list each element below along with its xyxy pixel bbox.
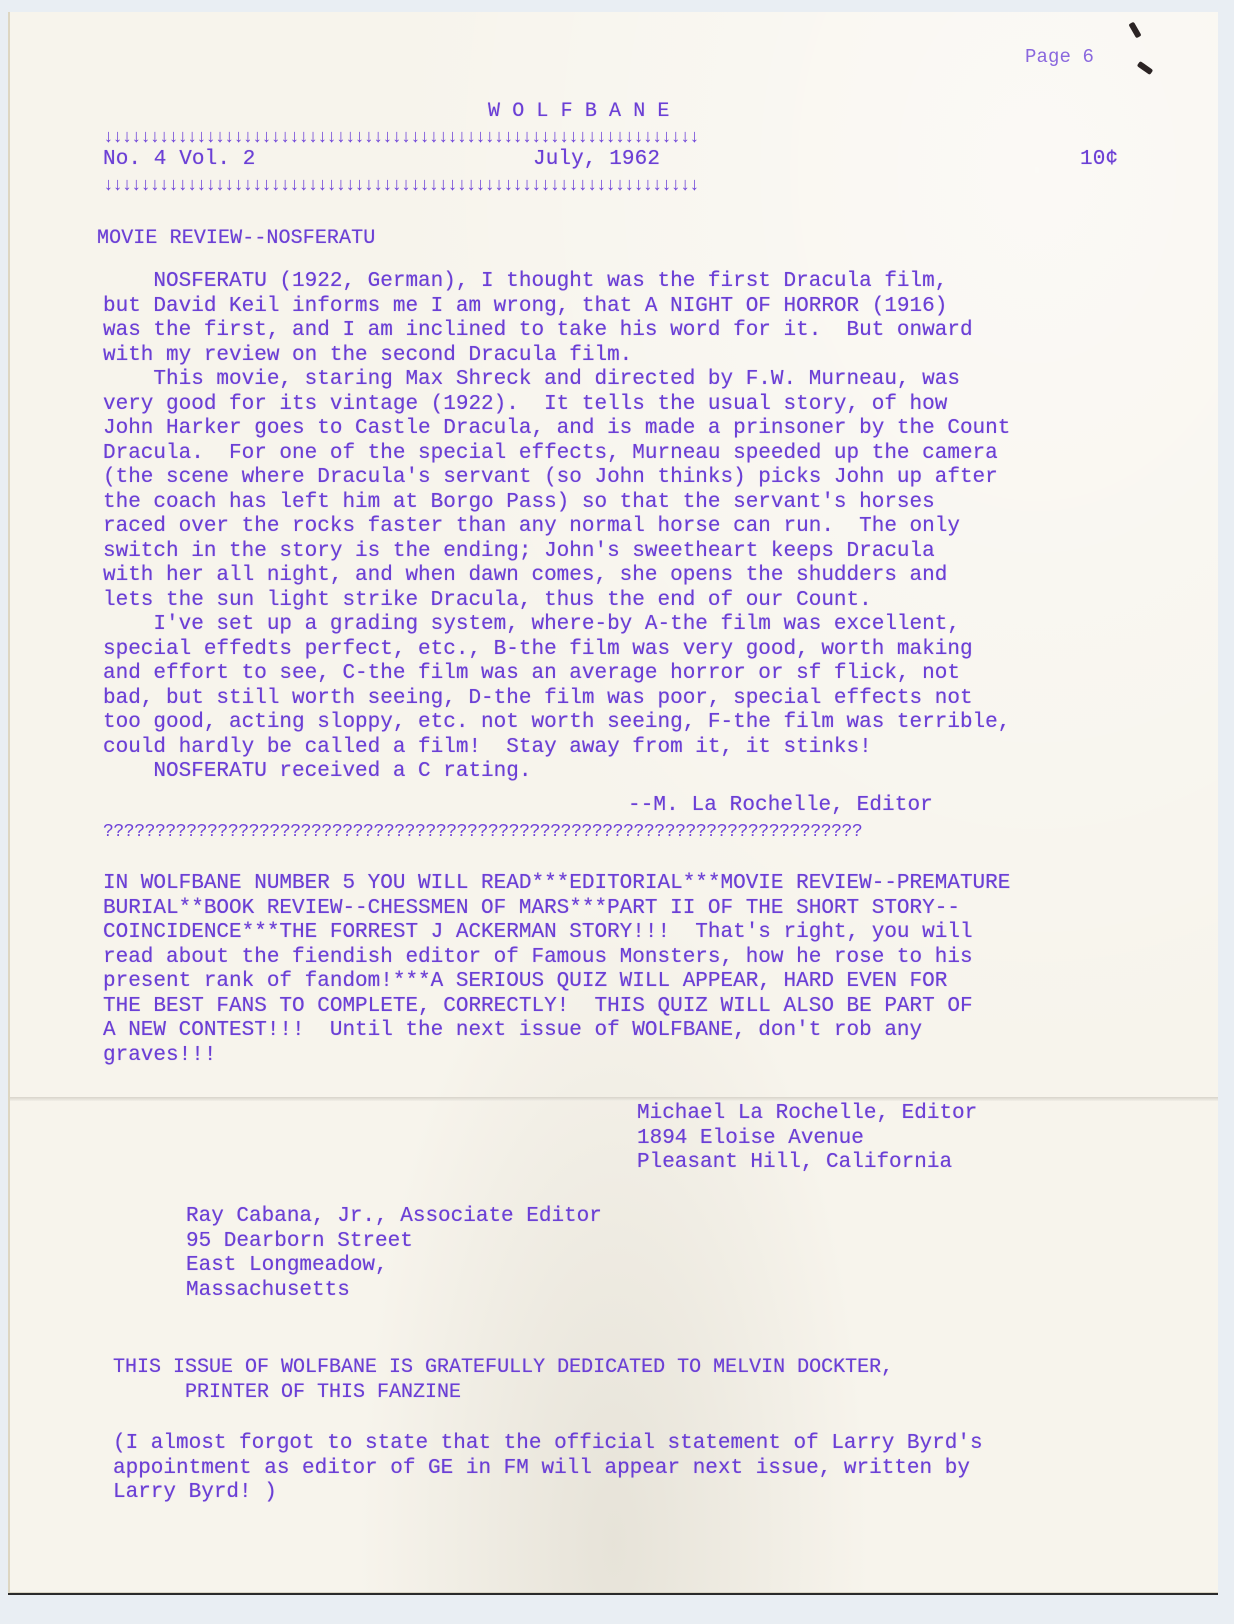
dedication-line: PRINTER OF THIS FANZINE xyxy=(113,1381,1173,1406)
address-line: 95 Dearborn Street xyxy=(186,1230,1234,1255)
editor-address: Michael La Rochelle, Editor 1894 Eloise … xyxy=(637,1102,1234,1176)
review-heading: MOVIE REVIEW--NOSFERATU xyxy=(97,227,375,251)
postscript-line: Larry Byrd! ) xyxy=(113,1481,1173,1506)
review-line: with my review on the second Dracula fil… xyxy=(103,344,1163,369)
address-line: Ray Cabana, Jr., Associate Editor xyxy=(186,1205,1234,1230)
review-line: Dracula. For one of the special effects,… xyxy=(103,442,1163,467)
page-number: Page 6 xyxy=(1025,45,1094,69)
review-line: but David Keil informs me I am wrong, th… xyxy=(103,295,1163,320)
review-line: lets the sun light strike Dracula, thus … xyxy=(103,589,1163,614)
review-line: switch in the story is the ending; John'… xyxy=(103,540,1163,565)
associate-editor-address: Ray Cabana, Jr., Associate Editor 95 Dea… xyxy=(186,1205,1234,1303)
review-line: I've set up a grading system, where-by A… xyxy=(103,613,1163,638)
postscript-line: (I almost forgot to state that the offic… xyxy=(113,1432,1173,1457)
announcement-line: A NEW CONTEST!!! Until the next issue of… xyxy=(103,1019,1163,1044)
staple-mark xyxy=(1137,61,1154,75)
review-line: very good for its vintage (1922). It tel… xyxy=(103,393,1163,418)
review-line: was the first, and I am inclined to take… xyxy=(103,319,1163,344)
review-line: bad, but still worth seeing, D-the film … xyxy=(103,687,1163,712)
address-line: Michael La Rochelle, Editor xyxy=(637,1102,1234,1127)
announcement-line: present rank of fandom!***A SERIOUS QUIZ… xyxy=(103,970,1163,995)
announcement-line: COINCIDENCE***THE FORREST J ACKERMAN STO… xyxy=(103,921,1163,946)
next-issue-announcement: IN WOLFBANE NUMBER 5 YOU WILL READ***EDI… xyxy=(103,872,1163,1068)
postscript: (I almost forgot to state that the offic… xyxy=(113,1432,1173,1506)
address-line: Massachusetts xyxy=(186,1279,1234,1304)
review-line: with her all night, and when dawn comes,… xyxy=(103,564,1163,589)
review-line: This movie, staring Max Shreck and direc… xyxy=(103,368,1163,393)
issue-number: No. 4 Vol. 2 xyxy=(103,148,255,172)
review-line: special effedts perfect, etc., B-the fil… xyxy=(103,638,1163,663)
review-line: and effort to see, C-the film was an ave… xyxy=(103,662,1163,687)
address-line: 1894 Eloise Avenue xyxy=(637,1127,1234,1152)
issue-price: 10¢ xyxy=(1080,148,1118,172)
announcement-line: IN WOLFBANE NUMBER 5 YOU WILL READ***EDI… xyxy=(103,872,1163,897)
masthead-rule-bottom: ↓↓↓↓↓↓↓↓↓↓↓↓↓↓↓↓↓↓↓↓↓↓↓↓↓↓↓↓↓↓↓↓↓↓↓↓↓↓↓↓… xyxy=(103,176,1113,196)
announcement-line: read about the fiendish editor of Famous… xyxy=(103,946,1163,971)
review-body: NOSFERATU (1922, German), I thought was … xyxy=(103,270,1163,785)
announcement-line: THE BEST FANS TO COMPLETE, CORRECTLY! TH… xyxy=(103,995,1163,1020)
masthead-title: W O L F B A N E xyxy=(488,100,670,124)
dedication: THIS ISSUE OF WOLFBANE IS GRATEFULLY DED… xyxy=(113,1356,1173,1405)
announcement-line: graves!!! xyxy=(103,1044,1163,1069)
address-line: Pleasant Hill, California xyxy=(637,1151,1234,1176)
review-line: (the scene where Dracula's servant (so J… xyxy=(103,466,1163,491)
issue-date: July, 1962 xyxy=(533,148,660,172)
dedication-line: THIS ISSUE OF WOLFBANE IS GRATEFULLY DED… xyxy=(113,1356,1173,1381)
review-line: the coach has left him at Borgo Pass) so… xyxy=(103,491,1163,516)
review-line: John Harker goes to Castle Dracula, and … xyxy=(103,417,1163,442)
review-line: raced over the rocks faster than any nor… xyxy=(103,515,1163,540)
review-line: NOSFERATU (1922, German), I thought was … xyxy=(103,270,1163,295)
masthead-rule-top: ↓↓↓↓↓↓↓↓↓↓↓↓↓↓↓↓↓↓↓↓↓↓↓↓↓↓↓↓↓↓↓↓↓↓↓↓↓↓↓↓… xyxy=(103,128,1113,148)
review-line: NOSFERATU received a C rating. xyxy=(103,760,1163,785)
staple-mark xyxy=(1128,22,1141,39)
section-divider: ????????????????????????????????????????… xyxy=(103,822,1113,842)
paper-fold xyxy=(10,1097,1218,1101)
review-line: too good, acting sloppy, etc. not worth … xyxy=(103,711,1163,736)
review-signature: --M. La Rochelle, Editor xyxy=(628,794,933,818)
address-line: East Longmeadow, xyxy=(186,1254,1234,1279)
postscript-line: appointment as editor of GE in FM will a… xyxy=(113,1457,1173,1482)
announcement-line: BURIAL**BOOK REVIEW--CHESSMEN OF MARS***… xyxy=(103,897,1163,922)
review-line: could hardly be called a film! Stay away… xyxy=(103,736,1163,761)
